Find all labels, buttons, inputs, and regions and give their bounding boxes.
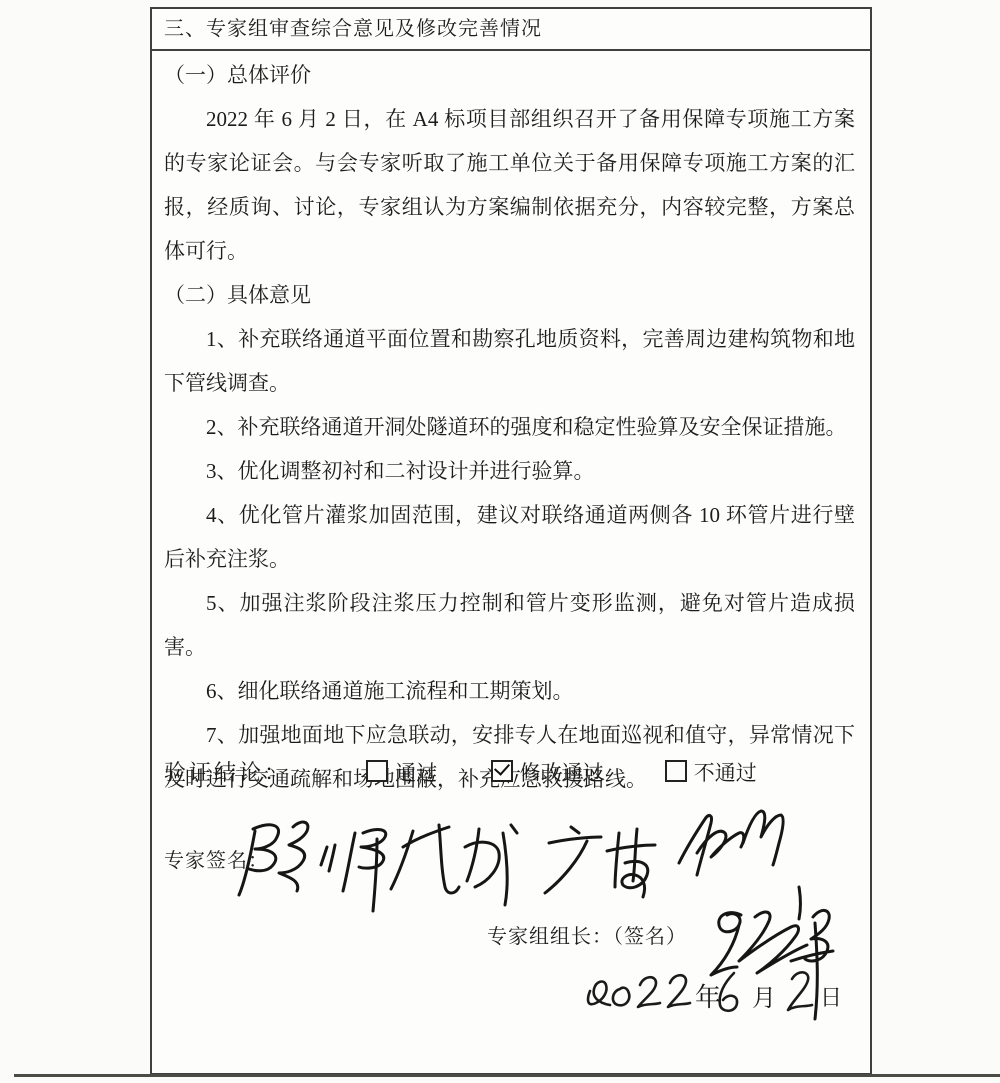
opinion-item-1: 1、补充联络通道平面位置和勘察孔地质资料，完善周边建构筑物和地下管线调查。 — [164, 317, 855, 405]
leader-signature-label: 专家组组长：（签名） — [487, 915, 687, 959]
page-bottom-rule — [14, 1074, 1000, 1077]
scanned-review-form: 三、专家组审查综合意见及修改完善情况 （一）总体评价 2022 年 6 月 2 … — [0, 0, 1000, 1083]
handwritten-signature-2 — [545, 827, 655, 897]
conclusion-option-pass: 通过 — [366, 761, 437, 785]
opinion-item-3: 3、优化调整初衬和二衬设计并进行验算。 — [164, 449, 855, 493]
handwritten-signature-3 — [679, 811, 783, 875]
verification-conclusion-row: 验证结论： 通过 修改通过 不通过 — [164, 751, 757, 795]
conclusion-option-pass-with-modifications-label: 修改通过 — [520, 761, 604, 785]
opinion-text-block: （一）总体评价 2022 年 6 月 2 日，在 A4 标项目部组织召开了备用保… — [152, 51, 870, 801]
checkbox-0 — [366, 760, 388, 782]
conclusion-option-pass-with-modifications: 修改通过 — [491, 761, 604, 785]
conclusion-option-fail: 不通过 — [665, 761, 757, 785]
opinion-item-2: 2、补充联络通道开洞处隧道环的强度和稳定性验算及安全保证措施。 — [164, 405, 855, 449]
date-day-char: 日 — [820, 985, 842, 1010]
overall-evaluation-heading: （一）总体评价 — [164, 53, 855, 97]
section-title: 三、专家组审查综合意见及修改完善情况 — [152, 9, 870, 51]
specific-opinions-heading: （二）具体意见 — [164, 273, 855, 317]
handwritten-signature-1 — [239, 822, 517, 911]
date-year-char: 年 — [695, 983, 721, 1012]
overall-evaluation-paragraph: 2022 年 6 月 2 日，在 A4 标项目部组织召开了备用保障专项施工方案的… — [164, 97, 855, 273]
opinion-item-4: 4、优化管片灌浆加固范围，建议对联络通道两侧各 10 环管片进行壁后补充注浆。 — [164, 493, 855, 581]
opinion-item-5: 5、加强注浆阶段注浆压力控制和管片变形监测，避免对管片造成损害。 — [164, 581, 855, 669]
form-body-cell: （一）总体评价 2022 年 6 月 2 日，在 A4 标项目部组织召开了备用保… — [152, 51, 870, 1035]
checkbox-1 — [491, 760, 513, 782]
conclusion-option-fail-label: 不通过 — [694, 761, 757, 785]
conclusion-option-pass-label: 通过 — [395, 761, 437, 785]
conclusion-label: 验证结论： — [164, 760, 289, 785]
form-table-frame: 三、专家组审查综合意见及修改完善情况 （一）总体评价 2022 年 6 月 2 … — [150, 7, 872, 1075]
date-month-char: 月 — [752, 986, 776, 1012]
checkbox-2 — [665, 760, 687, 782]
handwritten-date: 年 月 日 — [582, 963, 842, 1025]
opinion-item-6: 6、细化联络通道施工流程和工期策划。 — [164, 669, 855, 713]
